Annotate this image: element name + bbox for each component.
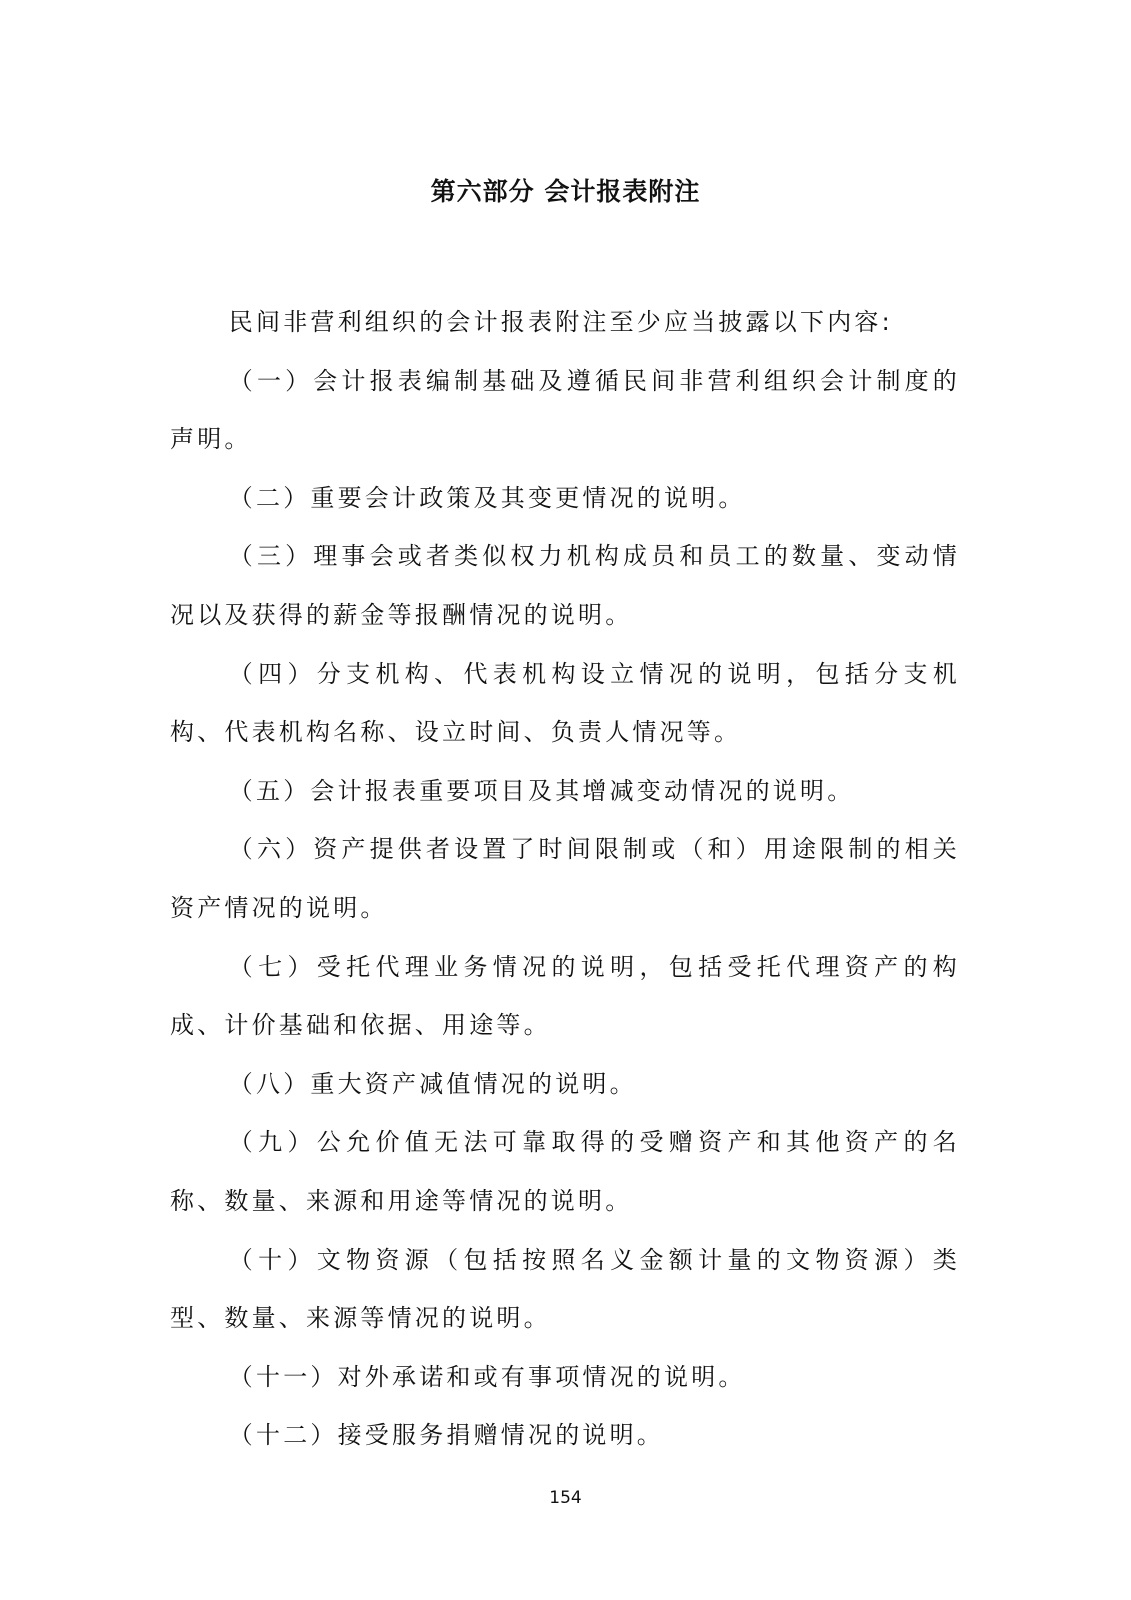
body-text: 民间非营利组织的会计报表附注至少应当披露以下内容: （一）会计报表编制基础及遵循…: [170, 293, 960, 1465]
document-page: 第六部分 会计报表附注 民间非营利组织的会计报表附注至少应当披露以下内容: （一…: [0, 0, 1131, 1600]
list-item: （八）重大资产减值情况的说明。: [170, 1055, 960, 1114]
list-item: （二）重要会计政策及其变更情况的说明。: [170, 469, 960, 528]
list-item: （十）文物资源（包括按照名义金额计量的文物资源）类型、数量、来源等情况的说明。: [170, 1231, 960, 1348]
list-item: （九）公允价值无法可靠取得的受赠资产和其他资产的名称、数量、来源和用途等情况的说…: [170, 1113, 960, 1230]
list-item: （一）会计报表编制基础及遵循民间非营利组织会计制度的声明。: [170, 352, 960, 469]
list-item: （五）会计报表重要项目及其增减变动情况的说明。: [170, 762, 960, 821]
page-number: 154: [0, 1486, 1131, 1510]
list-item: （十一）对外承诺和或有事项情况的说明。: [170, 1348, 960, 1407]
list-item: （七）受托代理业务情况的说明，包括受托代理资产的构成、计价基础和依据、用途等。: [170, 938, 960, 1055]
list-item: （四）分支机构、代表机构设立情况的说明，包括分支机构、代表机构名称、设立时间、负…: [170, 645, 960, 762]
section-title: 第六部分 会计报表附注: [0, 172, 1131, 212]
list-item: （十二）接受服务捐赠情况的说明。: [170, 1406, 960, 1465]
intro-paragraph: 民间非营利组织的会计报表附注至少应当披露以下内容:: [170, 293, 960, 352]
list-item: （三）理事会或者类似权力机构成员和员工的数量、变动情况以及获得的薪金等报酬情况的…: [170, 527, 960, 644]
list-item: （六）资产提供者设置了时间限制或（和）用途限制的相关资产情况的说明。: [170, 820, 960, 937]
